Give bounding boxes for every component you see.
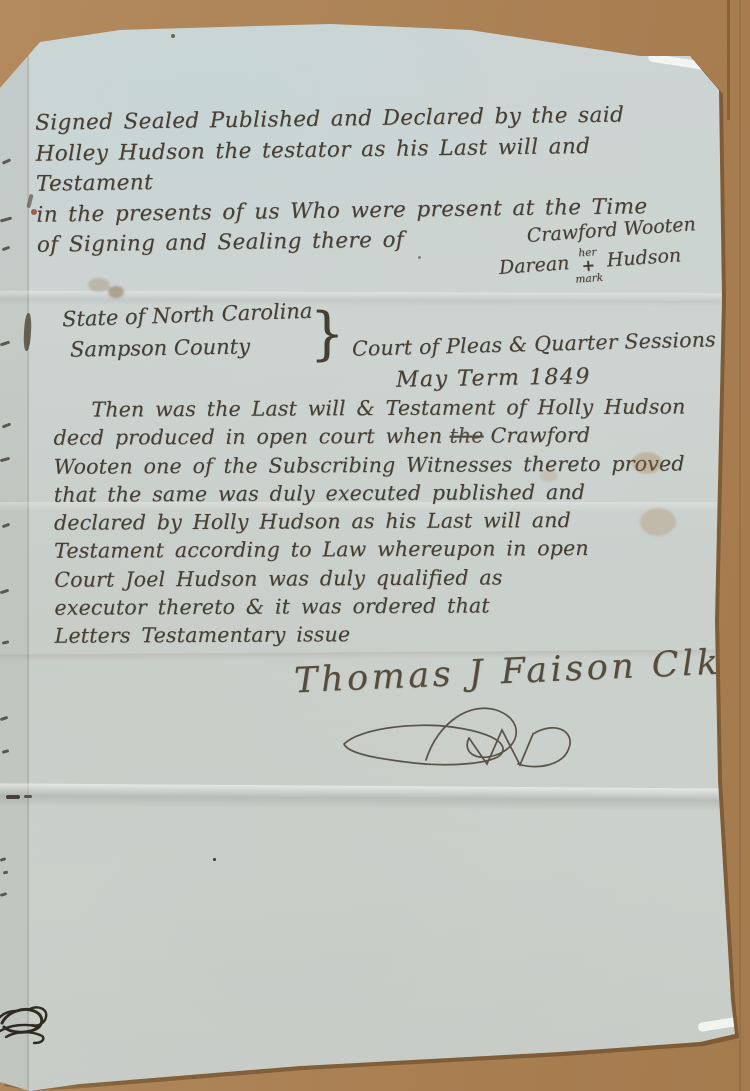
paper-stain <box>640 508 676 536</box>
paper-speck <box>213 858 216 861</box>
red-ink-speck <box>31 209 37 215</box>
probate-line-6: Testament according to Law whereupon in … <box>54 534 716 566</box>
paper-stain <box>88 278 110 292</box>
court-heading-county: Sampson County <box>70 334 250 361</box>
probate-line-5: declared by Holly Hudson as his Last wil… <box>54 505 716 537</box>
mark-cross-symbol: + <box>581 258 595 275</box>
probate-line-2-pre: decd produced in open court when <box>53 424 442 450</box>
probate-line-3: Wooten one of the Subscribing Witnesses … <box>54 449 716 481</box>
court-heading-brace: } <box>310 300 344 368</box>
her-mark-stack: her + mark <box>573 247 603 286</box>
fold-crease-lower <box>0 783 750 810</box>
court-heading-court-name: Court of Pleas & Quarter Sessions <box>352 327 716 361</box>
paper-stain <box>632 452 662 474</box>
probate-line-2: decd produced in open court whentheCrawf… <box>53 421 715 453</box>
probate-line-1: Then was the Last will & Testament of Ho… <box>53 392 715 424</box>
backing-seam-line <box>727 0 730 120</box>
backing-seam-line-right <box>739 0 741 1091</box>
attestation-line-2: Holley Hudson the testator as his Last w… <box>35 130 712 200</box>
probate-paragraph: Then was the Last will & Testament of Ho… <box>53 392 716 650</box>
probate-line-8: executor thereto & it was ordered that <box>54 590 716 622</box>
paper-edge-highlight-bottomright <box>698 1017 739 1032</box>
paper-stain <box>540 470 558 482</box>
paper-speck <box>171 34 175 38</box>
margin-ink-mark <box>24 795 32 798</box>
stamp-scribble <box>0 1003 54 1053</box>
mark-label-mark: mark <box>575 273 603 285</box>
probate-line-7: Court Joel Hudson was duly qualified as <box>54 562 716 594</box>
probate-line-9: Letters Testamentary issue <box>55 619 717 651</box>
probate-line-4: that the same was duly executed publishe… <box>54 477 716 509</box>
clerk-signature-flourish <box>330 694 578 778</box>
paper-speck <box>418 256 421 259</box>
witness2-last-name: Hudson <box>606 245 682 274</box>
probate-line-2-post: Crawford <box>491 423 591 448</box>
witness2-first-name: Darean <box>498 252 570 281</box>
fold-ink-blot <box>23 313 32 351</box>
paper-stain <box>108 286 124 298</box>
court-heading-term: May Term 1849 <box>396 364 591 392</box>
left-fold-crease <box>26 0 30 1091</box>
margin-ink-mark <box>6 795 20 799</box>
document-paper: Signed Sealed Published and Declared by … <box>0 0 750 1091</box>
struck-word: the <box>449 424 483 448</box>
